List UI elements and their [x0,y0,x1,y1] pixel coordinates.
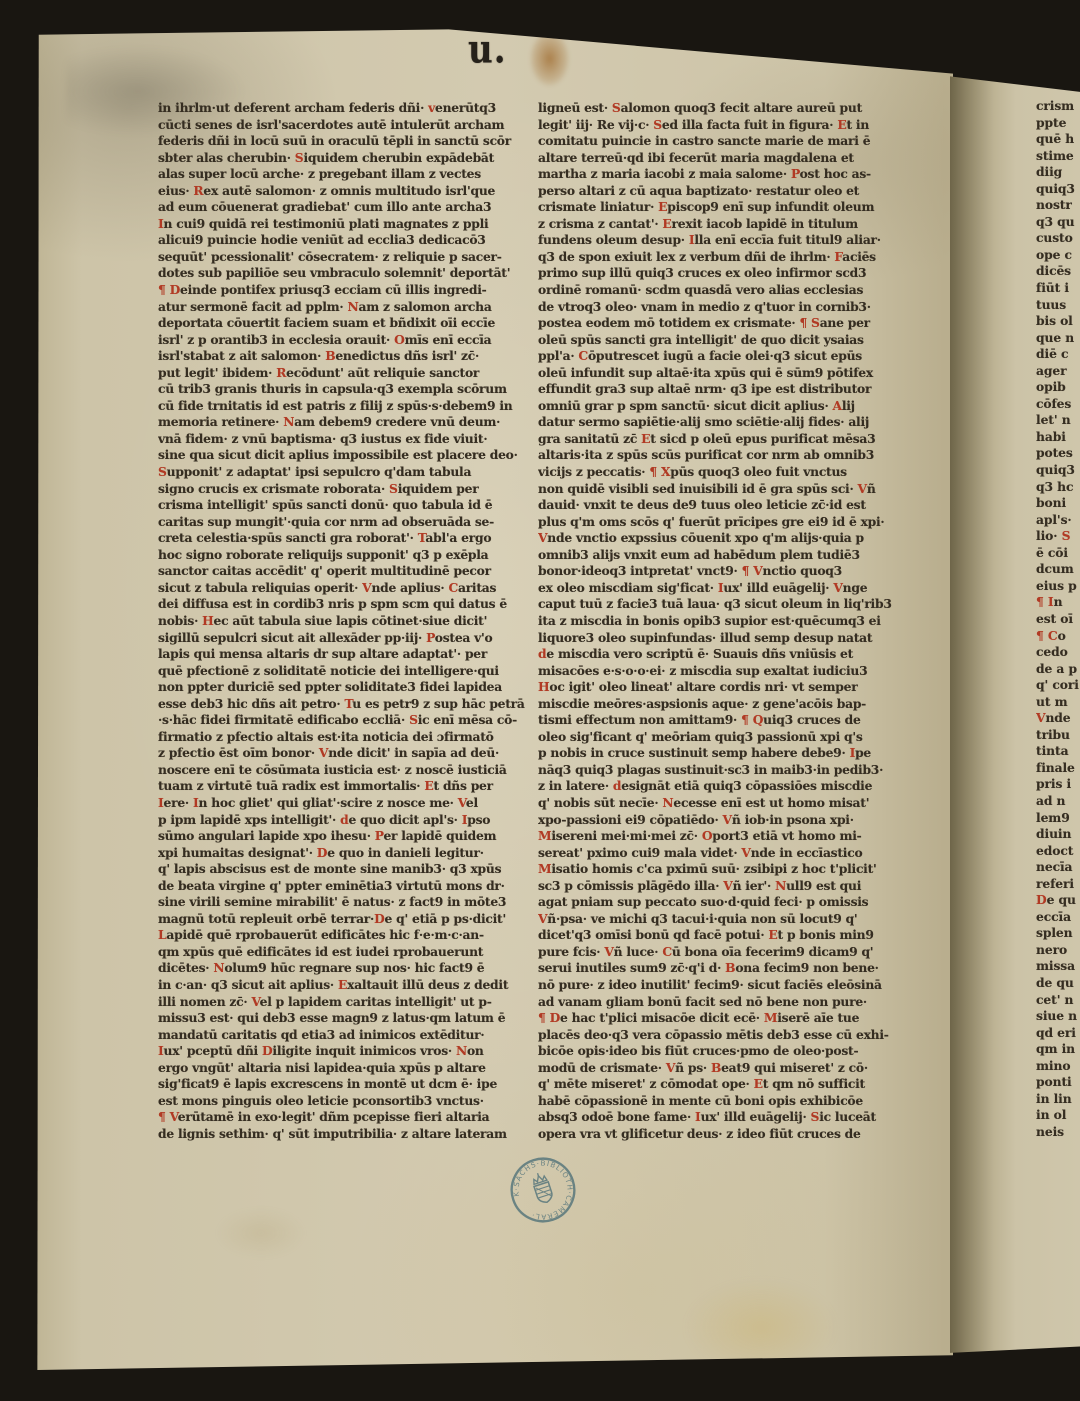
shield-icon [534,1182,554,1205]
rubric-text: E [754,1076,763,1091]
text-line: missa [1036,958,1080,975]
rubric-text: N [456,1043,467,1058]
text-line: de lignis sethim· q' sūt imputribilia· z… [158,1126,574,1143]
text-line: omnib3 alijs vnxit eum ad habēdum plem t… [538,547,954,564]
rubric-text: N [775,878,786,893]
text-line: de vtroq3 oleo· vnam in medio z q'tuor i… [538,299,954,316]
rubric-text: E [338,977,347,992]
text-line: de a p [1036,661,1080,678]
text-line: non quidē visibli sed inuisibili id ē gr… [538,481,954,498]
faint-stain [216,1208,306,1258]
text-line: eius· Rex autē salomon· z omnis multitud… [158,183,574,200]
rubric-text: V [458,795,466,810]
text-line: de qu [1036,975,1080,992]
rubric-text: ¶ D [158,282,180,297]
text-line: opib [1036,379,1080,396]
text-line: sine virili semine mirabilit' ē natus· z… [158,894,574,911]
text-line: diuin [1036,826,1080,843]
text-line: Hoc igit' oleo lineat' altare cordis nri… [538,679,954,696]
text-line: dei diffusa est in cordib3 nris p spm sc… [158,596,574,613]
text-line: sigillū sepulcri sicut ait allexāder pp·… [158,630,574,647]
text-line: referi [1036,876,1080,893]
text-line: ē cōi [1036,545,1080,562]
rubric-text: S [409,712,418,727]
text-line: est oī [1036,611,1080,628]
text-line: quiq3 [1036,462,1080,479]
rubric-text: M [538,861,551,876]
rubric-text: V [858,481,867,496]
text-line: dauid· vnxit te deus de9 tuus oleo letic… [538,497,954,514]
text-line: put legit' ibidem· Recōdunt' aūt reliqui… [158,365,574,382]
text-line: q' nobis sūt necīe· Necesse enī est ut h… [538,795,954,812]
text-line: in lin [1036,1091,1080,1108]
text-line: boni [1036,495,1080,512]
rubric-text: E [658,199,667,214]
text-line: edoct [1036,843,1080,860]
text-line: sig'ficat9 ē lapis excrescens in montē u… [158,1076,574,1093]
rubric-text: S [653,117,662,132]
text-line: altaris·ita z spūs scūs purificat cor nr… [538,447,954,464]
text-line: ¶ Co [1036,628,1080,645]
text-line: miscdie meōres·aspsionis aque· z gene'ac… [538,696,954,713]
text-line: misacōes e·s·o·o·ei· z miscdia sup exalt… [538,663,954,680]
text-line: lio· S [1036,528,1080,545]
text-line: absq3 odoē bone fame· Iux' illd euāgelij… [538,1109,954,1126]
rubric-text: V [741,845,750,860]
rubric-text: P [426,630,435,645]
text-line: siue n [1036,1008,1080,1025]
text-line: ¶ In [1036,594,1080,611]
text-line: hoc signo roborate reliquijs supponit' q… [158,547,574,564]
text-line: habi [1036,429,1080,446]
library-stamp-graphic: K·SACHS·BIBLIOTH·CAMERAL· [500,1147,586,1233]
manuscript-page: u. in ihrlm·ut deferent archam federis d… [36,28,953,1370]
text-line: dicēs [1036,263,1080,280]
text-line: perso altari z cū aqua baptizato· restat… [538,183,954,200]
text-line: dotes sub papiliōe seu vmbraculo solemni… [158,265,574,282]
text-line: mino [1036,1058,1080,1075]
text-line: tinta [1036,743,1080,760]
rubric-text: H [202,613,213,628]
text-line: quiq3 [1036,181,1080,198]
text-column-next-page: crismpptequē hstimediigquiq3nostrq3 qucu… [1036,98,1080,1140]
text-line: sbter alas cherubin· Siquidem cherubin e… [158,150,574,167]
text-line: qm xpūs quē edificātes id est iudei rpro… [158,944,574,961]
text-line: habē cōpassionē in mente cū boni opis ex… [538,1093,954,1110]
text-line: bis ol [1036,313,1080,330]
text-line: vnā fidem· z vnū baptisma· q3 iustus ex … [158,431,574,448]
text-line: creta celestia·spūs sancti gra roborat'·… [158,530,574,547]
text-line: Vñ·psa· ve michi q3 tacui·i·quia non sū … [538,911,954,928]
rubric-text: V [251,994,259,1009]
text-line: illi nomen zc̄· Vel p lapidem caritas in… [158,994,574,1011]
text-line: alicui9 puincie hodie veniūt ad ecclia3 … [158,232,574,249]
text-line: stime [1036,148,1080,165]
text-line: cū trib3 granis thuris in capsula·q3 exe… [158,381,574,398]
text-line: sicut z tabula reliquias operit· Vnde ap… [158,580,574,597]
text-line: ¶ Verūtamē in exo·legit' dñm pcepisse fi… [158,1109,574,1126]
text-line: placēs deo·q3 vera cōpassio mētis deb3 e… [538,1027,954,1044]
rubric-text: V [319,745,328,760]
scanned-manuscript-photo: { "page": { "signature_mark": "u.", "des… [0,0,1080,1401]
text-line: dicet'q3 omīsi bonū qd facē potui· Et p … [538,927,954,944]
text-line: ¶ De hac t'plici misacōe dicit ecē· Mise… [538,1010,954,1027]
text-line: diē c [1036,346,1080,363]
text-line: lapis qui mensa altaris dr sup altare ad… [158,646,574,663]
text-line: cōfes [1036,396,1080,413]
rubric-text: V [723,812,732,827]
text-line: ad n [1036,793,1080,810]
text-line: xpo-passioni ei9 cōpatiēdo· Vñ iob·in ps… [538,812,954,829]
rubric-text: N [662,795,673,810]
rubric-text: V [833,580,842,595]
text-line: ppl'a· Cōputrescet iugū a facie olei·q3 … [538,348,954,365]
text-column-right: ligneū est· Salomon quoq3 fecit altare a… [538,100,954,1142]
text-line: alas super locū arche· z pregebant illam… [158,166,574,183]
text-line: que n [1036,330,1080,347]
text-line: cūcti senes de isrl'sacerdotes autē intu… [158,117,574,134]
rubric-text: ¶ D [538,1010,560,1025]
rubric-text: V [538,911,547,926]
text-line: magnū totū repleuit orbē terrar·De q' et… [158,911,574,928]
text-line: nobis· Hec aūt tabula siue lapis cōtinet… [158,613,574,630]
text-line: serui inutiles sum9 zc̄·q'i d· Bona feci… [538,960,954,977]
text-line: sequūt' pcessionalit' cōsecratem· z reli… [158,249,574,266]
rubric-text: M [764,1010,777,1025]
text-line: memoria retinere· Nam debem9 credere vnū… [158,414,574,431]
rubric-text: C [578,348,588,363]
text-line: pris i [1036,776,1080,793]
text-line: sanctor caitas accēdit' q' operit multit… [158,563,574,580]
text-line: caritas sup mungit'·quia cor nrm ad obse… [158,514,574,531]
text-line: firmatio z pfectio altais est·ita notici… [158,729,574,746]
text-line: q' mēte miseret' z cōmodat ope· Et qm nō… [538,1076,954,1093]
text-line: Vnde vnctio expssius cōuenit xpo q'm ali… [538,530,954,547]
text-line: primo sup illū quiq3 cruces ex oleo infi… [538,265,954,282]
text-line: postea eodem mō totidem ex crismate· ¶ S… [538,315,954,332]
rubric-text: N [213,960,224,975]
rubric-text: ¶ Q [741,712,763,727]
text-line: in ol [1036,1107,1080,1124]
text-line: pure fcis· Vñ luce· Cū bona oīa fecerim9… [538,944,954,961]
text-line: z in latere· designāt etiā quiq3 cōpassi… [538,778,954,795]
text-line: crisma intelligit' spūs sancti donū· quo… [158,497,574,514]
rubric-text: S [612,100,621,115]
rubric-text: S [158,464,167,479]
rubric-text: D [374,911,384,926]
text-line: Misereni mei·mi·mei zc̄· Oport3 etiā vt … [538,828,954,845]
text-line: p nobis in cruce sustinuit semp habere d… [538,745,954,762]
text-line: sine qua sicut dicit aplius impossibile … [158,447,574,464]
text-line: oleū spūs sancti gra intelligit' de quo … [538,332,954,349]
text-line: in c·an· q3 sicut ait aplius· Exaltauit … [158,977,574,994]
text-line: martha z maria iacobi z maia salome· Pos… [538,166,954,183]
rubric-text: V [723,878,732,893]
rubric-text: ¶ X [649,464,670,479]
rubric-text: R [193,183,203,198]
text-line: tuus [1036,297,1080,314]
text-line: isrl' z p orantib3 in ecclesia orauit· O… [158,332,574,349]
text-line: quē pfectionē z soliditatē noticie dei i… [158,663,574,680]
rubric-text: S [389,481,398,496]
rubric-text: D [317,845,327,860]
text-line: ordinē romanū· scdm quasdā vero alias ec… [538,282,954,299]
text-line: eius p [1036,578,1080,595]
text-line: sūmo angulari lapide xpo ihesu· Per lapi… [158,828,574,845]
text-line: vicijs z peccatis· ¶ Xpūs quoq3 oleo fui… [538,464,954,481]
rubric-text: S [811,1109,820,1124]
text-line: plus q'm oms scōs q' fuerūt prīcipes gre… [538,514,954,531]
text-line: isrl'stabat z ait salomon· Benedictus dñ… [158,348,574,365]
rubric-text: N [348,299,359,314]
rubric-text: O [394,332,404,347]
text-line: oleo sig'ficant q' meōriam quiq3 passion… [538,729,954,746]
text-line: agat pniam sup peccato suo·d·quid feci· … [538,894,954,911]
signature-mark: u. [468,27,507,73]
text-line: ·s·hāc fidei firmitatē edificabo eccliā·… [158,712,574,729]
rubric-text: v [428,100,435,115]
text-line: de beata virgine q' ppter eminētia3 virt… [158,878,574,895]
rubric-text: E [662,216,671,231]
text-line: cū fide trnitatis id est patris z filij … [158,398,574,415]
yellow-stain [686,1280,836,1375]
rubric-text: M [538,828,551,843]
rubric-text: V [604,944,613,959]
rubric-text: O [702,828,712,843]
text-line: dcum [1036,561,1080,578]
text-line: crism [1036,98,1080,115]
text-line: liquore3 oleo supinfundas· illud semp de… [538,630,954,647]
text-line: fundens oleum desup· Illa enī eccīa fuit… [538,232,954,249]
text-line: cet' n [1036,992,1080,1009]
text-line: custo [1036,230,1080,247]
text-line: oleū infundit sup altaē·ita xpūs qui ē s… [538,365,954,382]
text-line: ad eum cōuenerat gradiebat' cum illo ant… [158,199,574,216]
rubric-text: E [641,431,650,446]
text-line: xpi humaitas designat'· De quo in daniel… [158,845,574,862]
text-column-left: in ihrlm·ut deferent archam federis dñi·… [158,100,574,1142]
text-line: Iux' pceptū dñi Diligite inquit inimicos… [158,1043,574,1060]
text-line: ita z miscdia in bonis opib3 supior est·… [538,613,954,630]
text-line: bonor·ideoq3 intpretat' vnct9· ¶ Vnctio … [538,563,954,580]
text-line: apl's· [1036,512,1080,529]
rubric-text: ¶ V [742,563,763,578]
rubric-text: C [448,580,458,595]
text-line: noscere enī te cōsūmata iusticia est· z … [158,762,574,779]
text-line: Supponit' z adaptat' ipsi sepulcro q'dam… [158,464,574,481]
rubric-text: V [538,530,547,545]
text-line: Iere· In hoc gliet' qui gliat'·scire z n… [158,795,574,812]
text-line: eccīa [1036,909,1080,926]
text-line: comitatu puincie in castro sancte marie … [538,133,954,150]
text-line: est mons pinguis oleo leticie pconsortib… [158,1093,574,1110]
text-line: ponti [1036,1074,1080,1091]
shield-bar [538,1194,551,1198]
text-line: deportata cōuertit faciem suam et bñdixi… [158,315,574,332]
text-line: omniū grar p spm sanctū· sicut dicit apl… [538,398,954,415]
rubric-text: B [325,348,335,363]
text-line: nāq3 quiq3 plagas sustinuit·sc3 in maib3… [538,762,954,779]
rubric-text: H [538,679,549,694]
rubric-text: P [791,166,800,181]
text-line: qm in [1036,1041,1080,1058]
text-line: necīa [1036,859,1080,876]
text-line: q' cori [1036,677,1080,694]
text-line: de miscdia vero scriptū ē· Suauis dñs vn… [538,646,954,663]
text-line: In cui9 quidā rei testimoniū plati magna… [158,216,574,233]
text-line: gra sanitatū zc̄ Et sicd p oleū epus pur… [538,431,954,448]
text-line: De qu [1036,892,1080,909]
rubric-text: ¶ S [799,315,819,330]
text-line: finale [1036,760,1080,777]
text-line: Misatio homis c'ca pximū suū· zsibipi z … [538,861,954,878]
text-line: opera vra vt glificetur deus· z ideo fiū… [538,1126,954,1143]
text-line: fiūt i [1036,280,1080,297]
rubric-text: D [262,1043,272,1058]
rubric-text: V [666,1060,675,1075]
text-line: effundit gra3 sup altaē nrm· q3 ipe est … [538,381,954,398]
stamp-ring-text: K·SACHS·BIBLIOTH·CAMERAL· [503,1150,582,1230]
text-line: ager [1036,363,1080,380]
text-line: Lapidē quē rprobauerūt edificātes hic f·… [158,927,574,944]
text-line: ppte [1036,115,1080,132]
library-stamp: K·SACHS·BIBLIOTH·CAMERAL· [500,1147,586,1233]
text-line: ope c [1036,247,1080,264]
text-line: signo crucis ex crismate roborata· Siqui… [158,481,574,498]
text-line: mandatū caritatis qd etia3 ad inimicos e… [158,1027,574,1044]
text-line: ut m [1036,694,1080,711]
text-line: missu3 est· qui deb3 esse magn9 z latus·… [158,1010,574,1027]
text-line: ¶ Deinde pontifex priusq3 ecciam cū illi… [158,282,574,299]
text-line: nostr [1036,197,1080,214]
rubric-text: B [725,960,735,975]
text-line: z crisma z cantat'· Erexit iacob lapidē … [538,216,954,233]
text-line: federis dñi in locū suū in oraculū tēpli… [158,133,574,150]
text-line: cedo [1036,644,1080,661]
next-page-edge: crismpptequē hstimediigquiq3nostrq3 qucu… [950,66,1080,1362]
text-line: neis [1036,1124,1080,1141]
text-line: esse deb3 hic dñs ait petro· Tu es petr9… [158,696,574,713]
rubric-text: N [283,414,294,429]
text-line: modū de crismate· Vñ ps· Beat9 qui miser… [538,1060,954,1077]
text-line: dicētes· Nolum9 hūc regnare sup nos· hic… [158,960,574,977]
rubric-text: C [662,944,672,959]
text-line: legit' iij· Re vij·c· Sed illa facta fui… [538,117,954,134]
rubric-text: ¶ V [158,1109,178,1124]
text-line: sc3 p cōmissis plāgēdo illa· Vñ ier'· Nu… [538,878,954,895]
text-line: nō pure· z ideo inutilit' fecim9· sicut … [538,977,954,994]
text-line: potes [1036,445,1080,462]
rubric-text: A [833,398,842,413]
text-line: crismate liniatur· Episcop9 enī sup infu… [538,199,954,216]
text-line: altare terreū·qd ibi fecerūt maria magda… [538,150,954,167]
text-line: nero [1036,942,1080,959]
rubric-text: R [276,365,286,380]
text-line: ligneū est· Salomon quoq3 fecit altare a… [538,100,954,117]
text-line: ex oleo miscdiam sig'ficat· Iux' illd eu… [538,580,954,597]
rubric-text: E [768,927,777,942]
rubric-text: ¶ I [1036,594,1054,609]
text-line: tismi effectum non amittam9· ¶ Quiq3 cru… [538,712,954,729]
text-line: tuam z virtutē tuā radix est immortalis·… [158,778,574,795]
shield-bar [535,1186,549,1191]
text-line: let' n [1036,412,1080,429]
text-line: splen [1036,925,1080,942]
text-line: bicōe opis·ideo bis fiūt cruces·pmo de o… [538,1043,954,1060]
text-line: ergo vngūt' altaria nisi lapidea·quia xp… [158,1060,574,1077]
text-line: sereat' pximo cui9 mala videt· Vnde in e… [538,845,954,862]
text-line: q' lapis abscisus est de monte sine mani… [158,861,574,878]
text-line: lem9 [1036,810,1080,827]
rubric-text: ¶ C [1036,628,1058,643]
text-line: Vnde [1036,710,1080,727]
text-line: quē h [1036,131,1080,148]
text-line: tribu [1036,727,1080,744]
text-line: z pfectio ēst oīm bonor· Vnde dicit' in … [158,745,574,762]
rubric-text: D [1036,892,1047,907]
text-line: q3 qu [1036,214,1080,231]
text-line: p ipm lapidē xps intelligit'· de quo dic… [158,812,574,829]
text-line: qd eri [1036,1025,1080,1042]
text-line: non ppter duriciē sed ppter soliditate3 … [158,679,574,696]
text-line: atur sermonē facit ad pplm· Nam z salomo… [158,299,574,316]
text-line: diig [1036,164,1080,181]
text-line: caput tuū z facie3 tuā laua· q3 sicut ol… [538,596,954,613]
rubric-text: B [711,1060,721,1075]
rubric-text: S [1062,528,1071,543]
text-line: q3 de spon exiuit lex z verbum dñi de ih… [538,249,954,266]
text-line: q3 hc [1036,479,1080,496]
text-line: datur sermo sapiētie·alij smo sciētie·al… [538,414,954,431]
text-line: ad vanam gliam bonū facit sed nō bene no… [538,994,954,1011]
text-line: in ihrlm·ut deferent archam federis dñi·… [158,100,574,117]
